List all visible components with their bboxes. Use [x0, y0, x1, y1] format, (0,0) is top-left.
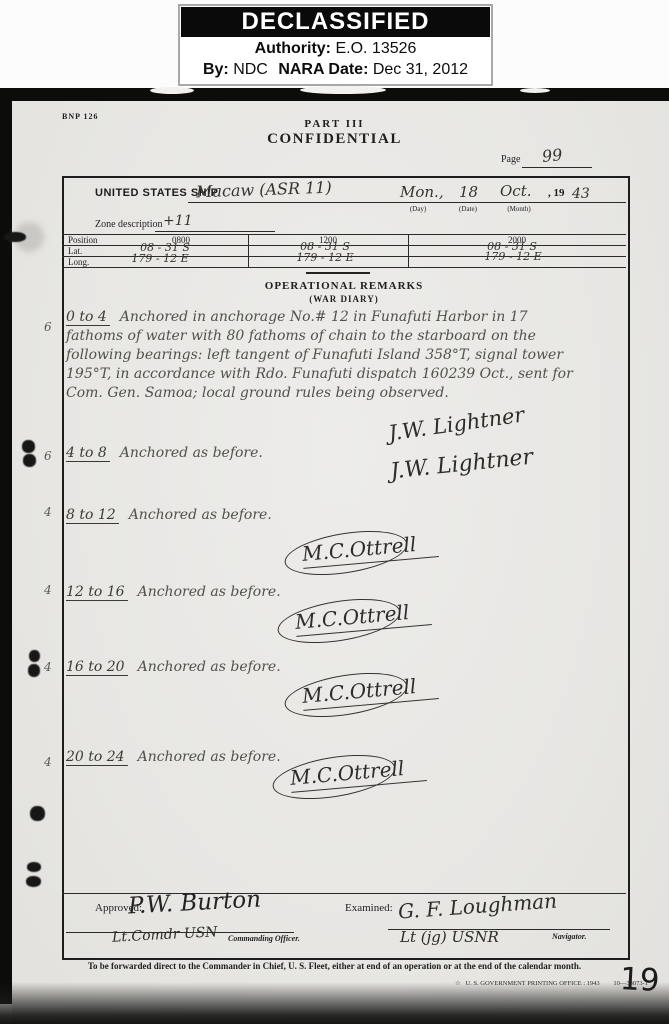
bottom-shadow — [0, 982, 669, 1024]
signature-cottrell: M.C.Ottrell — [295, 604, 431, 631]
date-value: 18 — [459, 183, 478, 201]
signature-cottrell: M.C.Ottrell — [290, 760, 426, 787]
hole-punch-mark — [4, 232, 26, 242]
table-line — [62, 267, 626, 268]
examined-rank: Lt (jg) USNR — [400, 928, 499, 946]
remarks-subtitle: (WAR DIARY) — [62, 294, 626, 304]
declassified-title: DECLASSIFIED — [181, 7, 490, 37]
hole-punch-mark — [26, 876, 41, 887]
watch-entry-8-12: 8 to 12Anchored as before. — [66, 506, 582, 525]
long-value-2000: 179 - 12 E — [484, 250, 541, 263]
entry-text: Anchored as before. — [138, 659, 281, 675]
hole-punch-mark — [23, 454, 36, 467]
remarks-divider — [306, 272, 370, 274]
date-underline — [392, 202, 626, 203]
declassified-stamp: DECLASSIFIED Authority: E.O. 13526 By: N… — [178, 4, 493, 86]
hole-punch-mark — [22, 440, 35, 453]
long-value-1200: 179 - 12 E — [296, 251, 353, 264]
long-row-label: Long. — [68, 257, 89, 267]
entry-time-label: 8 to 12 — [66, 507, 119, 524]
entry-text: Anchored in anchorage No.# 12 in Funafut… — [66, 309, 573, 401]
examined-label: Examined: — [345, 902, 393, 914]
lat-row-label: Lat. — [68, 246, 82, 256]
classification-heading: CONFIDENTIAL — [0, 131, 669, 148]
signature-cottrell: M.C.Ottrell — [302, 536, 438, 563]
entry-time-label: 20 to 24 — [66, 749, 128, 766]
table-vline — [248, 234, 249, 267]
commanding-officer-label: Commanding Officer. — [228, 934, 300, 943]
page-label: Page — [501, 154, 520, 165]
part-heading: PART III — [0, 118, 669, 130]
margin-mark: 4 — [44, 505, 52, 519]
entry-text: Anchored as before. — [129, 507, 272, 523]
entry-time-label: 0 to 4 — [66, 309, 110, 326]
year-printed: , 19 — [548, 187, 565, 199]
scan-tear — [300, 86, 386, 94]
table-line — [62, 234, 626, 235]
by-value: NDC — [233, 61, 268, 78]
watch-entry-0-4: 0 to 4Anchored in anchorage No.# 12 in F… — [66, 308, 582, 403]
watch-entry-16-20: 16 to 20Anchored as before. — [66, 658, 582, 677]
authority-value: E.O. 13526 — [335, 40, 416, 57]
year-written: 43 — [572, 186, 590, 202]
month-value: Oct. — [500, 182, 532, 200]
by-label: By: — [203, 61, 229, 78]
zone-underline — [155, 231, 275, 232]
position-corner-label: Position — [68, 235, 98, 245]
margin-mark: 6 — [44, 449, 52, 463]
navigator-label: Navigator. — [552, 932, 586, 941]
day-label: (Day) — [410, 205, 426, 213]
date-label: (Date) — [459, 205, 477, 213]
scan-tear — [150, 87, 194, 94]
ship-name-underline — [188, 202, 394, 203]
hole-punch-mark — [29, 650, 40, 662]
zone-value: +11 — [163, 213, 193, 229]
margin-mark: 4 — [44, 583, 52, 597]
entry-text: Anchored as before. — [138, 749, 281, 765]
hole-punch-mark — [28, 664, 40, 677]
scan-tear — [520, 88, 550, 93]
authority-label: Authority: — [255, 40, 331, 57]
entry-text: Anchored as before. — [138, 584, 281, 600]
entry-text: Anchored as before. — [120, 445, 263, 461]
forward-note: To be forwarded direct to the Commander … — [0, 961, 669, 971]
margin-mark: 4 — [44, 660, 52, 674]
table-vline — [408, 234, 409, 267]
stamp-authority-line: Authority: E.O. 13526 — [180, 38, 491, 59]
month-label: (Month) — [507, 205, 530, 213]
margin-mark: 4 — [44, 755, 52, 769]
page-number: 99 — [541, 145, 563, 166]
long-value-0800: 179 - 12 E — [131, 252, 188, 265]
remarks-title: OPERATIONAL REMARKS — [62, 280, 626, 292]
entry-time-label: 16 to 20 — [66, 659, 128, 676]
hole-punch-mark — [30, 806, 45, 821]
stamp-by-line: By: NDC NARA Date: Dec 31, 2012 — [180, 59, 491, 80]
entry-time-label: 4 to 8 — [66, 445, 110, 462]
nara-date-value: Dec 31, 2012 — [373, 61, 468, 78]
scanned-page: DECLASSIFIED Authority: E.O. 13526 By: N… — [0, 0, 669, 1024]
hole-punch-mark — [27, 862, 41, 872]
signature-cottrell: M.C.Ottrell — [302, 678, 438, 705]
page-number-underline — [522, 167, 592, 168]
watch-entry-12-16: 12 to 16Anchored as before. — [66, 583, 582, 602]
zone-label: Zone description — [95, 219, 162, 230]
day-value: Mon., — [400, 183, 444, 201]
nara-date-label: NARA Date: — [278, 61, 368, 78]
margin-mark: 6 — [44, 320, 52, 334]
scan-left-edge — [0, 88, 12, 1004]
entry-time-label: 12 to 16 — [66, 584, 128, 601]
